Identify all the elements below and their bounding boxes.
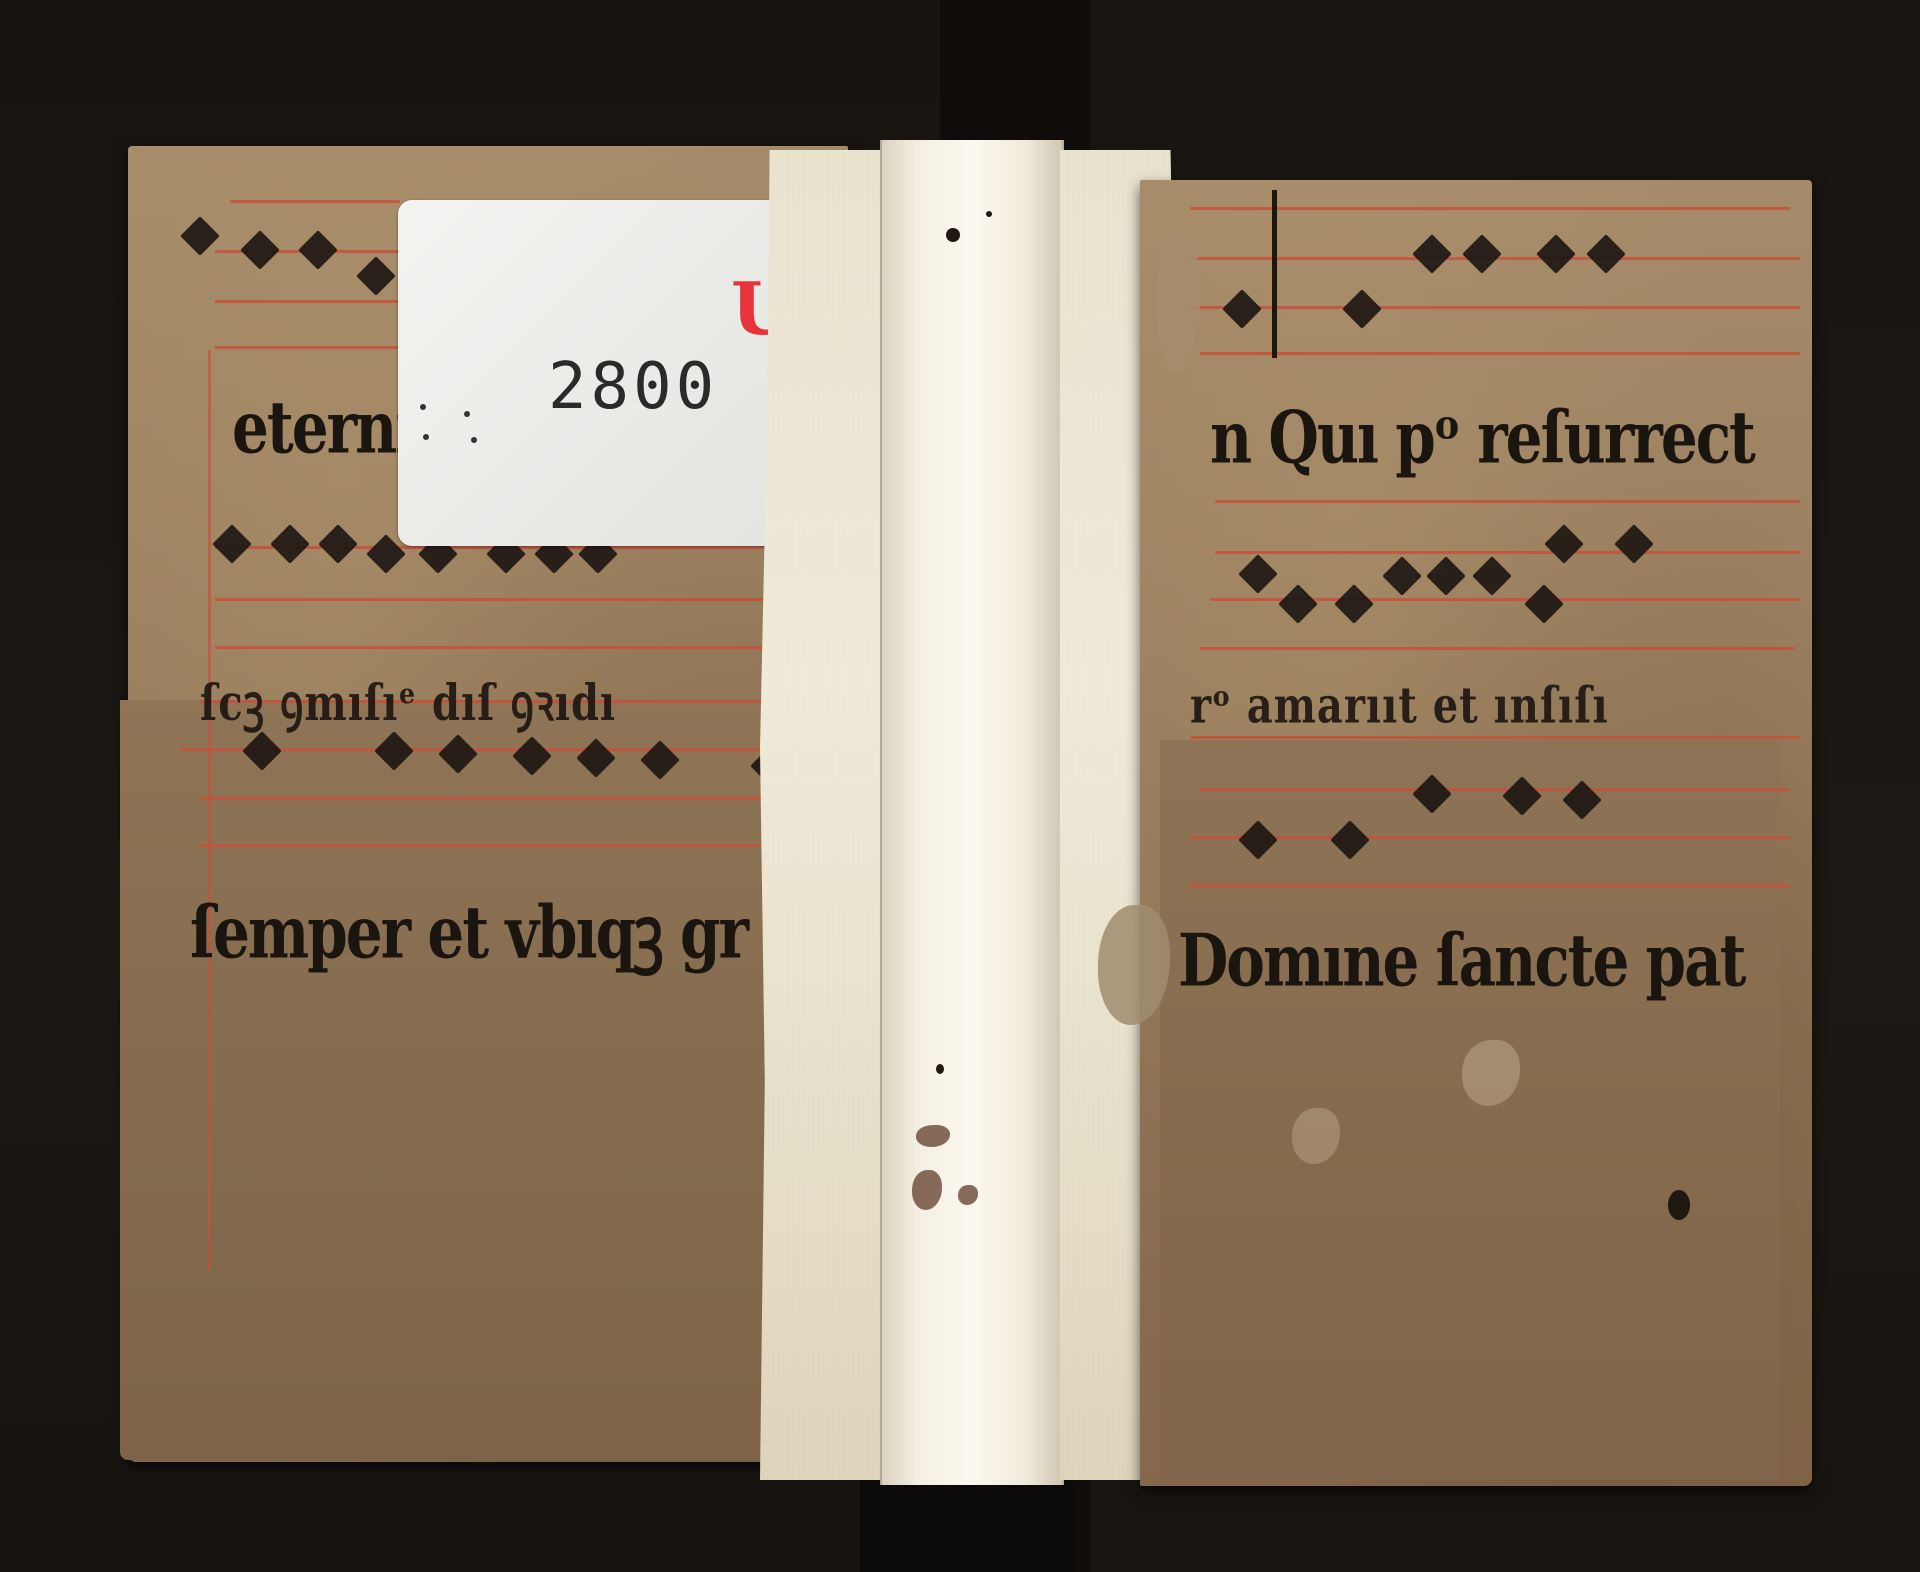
label-speck <box>464 411 470 417</box>
staff-line <box>200 797 830 800</box>
staff-line <box>1200 788 1790 791</box>
staff-line <box>1215 551 1800 554</box>
backdrop-gap-bottom <box>860 1480 1075 1572</box>
label-shelf-number: 2800 <box>548 350 718 424</box>
label-speck <box>420 404 426 410</box>
staff-line <box>230 200 400 203</box>
lyric-line-1: eternı <box>232 385 415 470</box>
staff-line <box>215 646 835 649</box>
staff-line <box>1200 352 1800 355</box>
stain <box>958 1185 978 1205</box>
spine <box>880 140 1064 1485</box>
lyric-line-3: ſemper et vbıqꝫ gr <box>190 880 747 979</box>
margin-rule <box>208 350 211 1270</box>
staff-line <box>200 844 830 847</box>
staff-line <box>1190 884 1790 887</box>
worm-hole <box>946 228 960 242</box>
worm-hole <box>986 211 992 217</box>
wear-hole <box>1668 1190 1690 1220</box>
label-speck <box>423 434 429 440</box>
lyric-line-2: ſcꝫ ꝯmıſıᵉ dıſ ꝯꝛıdı <box>200 666 616 735</box>
staff-line <box>1190 736 1800 739</box>
staff-line <box>1190 306 1800 309</box>
lyric-line-2: rᵒ amarııt et ınſıſı <box>1190 676 1609 735</box>
staff-line <box>215 300 400 303</box>
staff-line <box>215 598 835 601</box>
lyric-line-1: n Quı pᵒ reſurrect <box>1210 395 1754 480</box>
spine-left-turn-in <box>760 150 880 1480</box>
staff-line <box>1215 500 1800 503</box>
stain <box>916 1125 950 1147</box>
staff-line <box>215 546 835 549</box>
label-speck <box>471 437 477 443</box>
worm-hole <box>936 1064 944 1074</box>
staff-line <box>1190 836 1790 839</box>
staff-line <box>1190 207 1790 210</box>
lyric-line-3: Domıne ſancte pat <box>1178 918 1744 1003</box>
stain <box>912 1170 942 1210</box>
left-cover-lower-fold <box>120 700 800 1460</box>
bar-line <box>1272 190 1277 358</box>
staff-line <box>1200 647 1795 650</box>
staff-line <box>215 346 400 349</box>
